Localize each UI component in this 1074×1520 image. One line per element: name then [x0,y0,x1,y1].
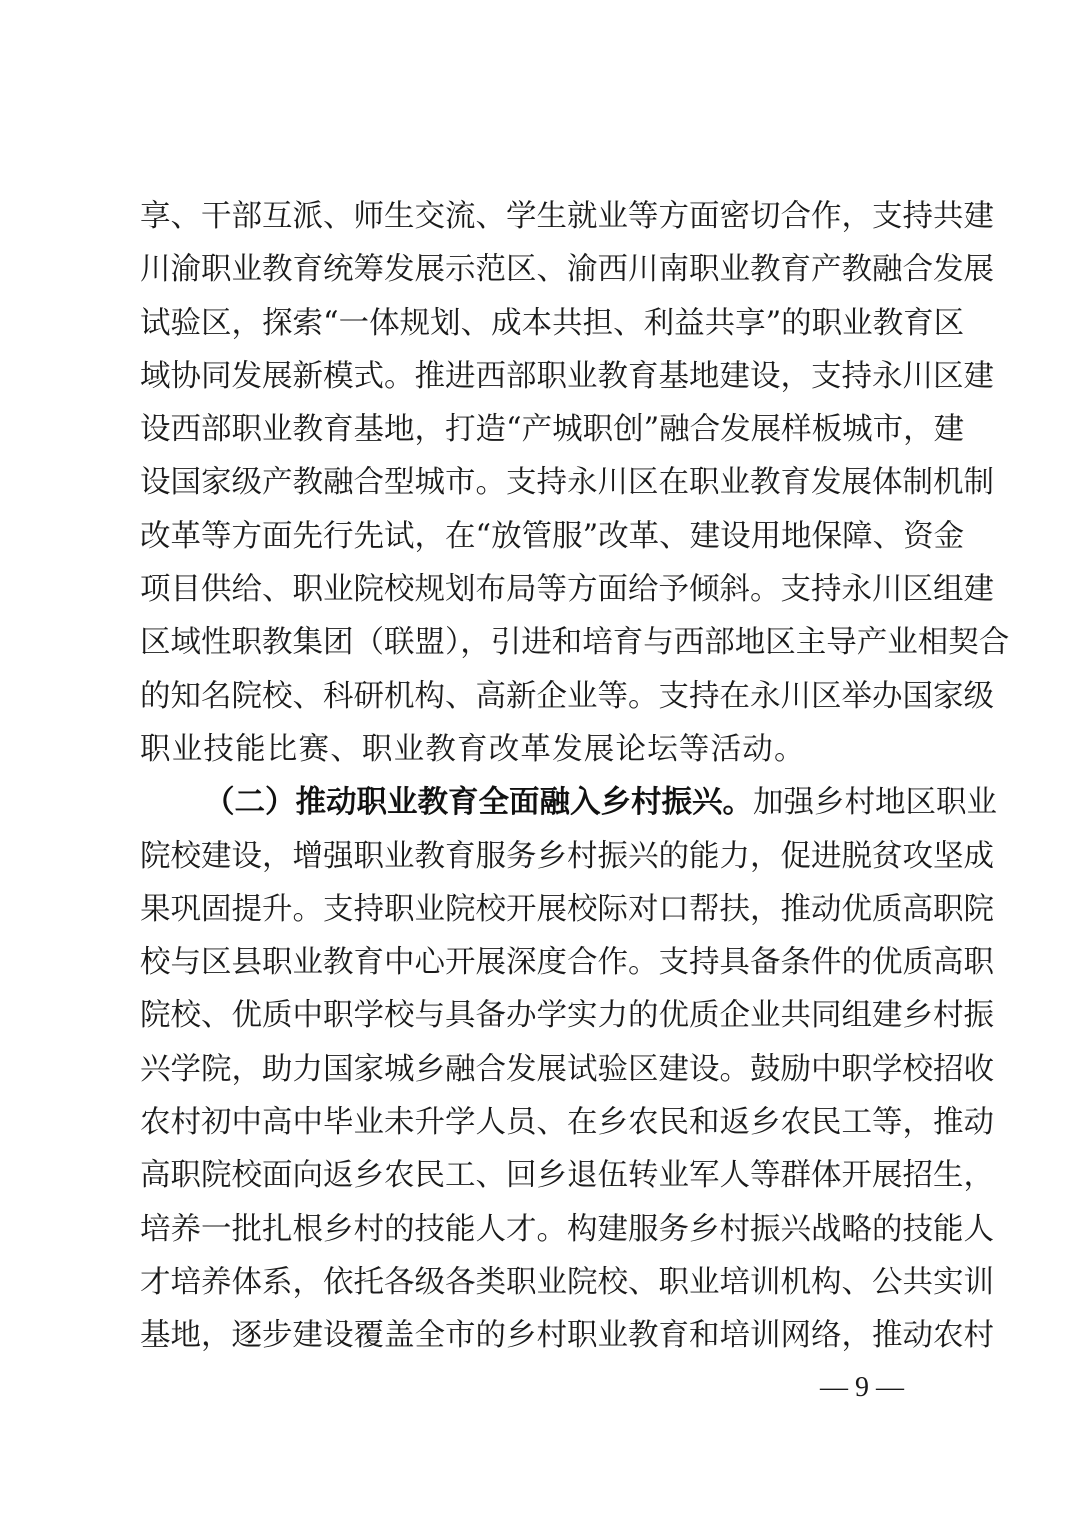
section-text: 加强乡村地区职业 [753,785,997,820]
page-number: — 9 — [812,1372,912,1404]
paragraph-line: 的知名院校、科研机构、高新企业等。支持在永川区举办国家级 [140,670,938,723]
paragraph-line: 才培养体系，依托各级各类职业院校、职业培训机构、公共实训 [140,1256,938,1309]
paragraph-line: 果巩固提升。支持职业院校开展校际对口帮扶，推动优质高职院 [140,883,938,936]
paragraph-line: 基地，逐步建设覆盖全市的乡村职业教育和培训网络，推动农村 [140,1309,938,1362]
paragraph-line: 高职院校面向返乡农民工、回乡退伍转业军人等群体开展招生， [140,1149,938,1202]
section-heading-line: （二）推动职业教育全面融入乡村振兴。加强乡村地区职业 [140,776,938,829]
paragraph-line: 项目供给、职业院校规划布局等方面给予倾斜。支持永川区组建 [140,563,938,616]
paragraph-line: 校与区县职业教育中心开展深度合作。支持具备条件的优质高职 [140,936,938,989]
paragraph-line: 培养一批扎根乡村的技能人才。构建服务乡村振兴战略的技能人 [140,1203,938,1256]
paragraph-line: 试验区，探索“一体规划、成本共担、利益共享”的职业教育区 [140,297,938,350]
paragraph-line: 享、干部互派、师生交流、学生就业等方面密切合作，支持共建 [140,190,938,243]
paragraph-line: 设国家级产教融合型城市。支持永川区在职业教育发展体制机制 [140,456,938,509]
section-heading: （二）推动职业教育全面融入乡村振兴。 [204,785,753,820]
paragraph-line: 域协同发展新模式。推进西部职业教育基地建设，支持永川区建 [140,350,938,403]
paragraph-line: 农村初中高中毕业未升学人员、在乡农民和返乡农民工等，推动 [140,1096,938,1149]
paragraph-line: 改革等方面先行先试，在“放管服”改革、建设用地保障、资金 [140,510,938,563]
paragraph-line: 兴学院，助力国家城乡融合发展试验区建设。鼓励中职学校招收 [140,1043,938,1096]
paragraph-line: 川渝职业教育统筹发展示范区、渝西川南职业教育产教融合发展 [140,243,938,296]
paragraph-line: 设西部职业教育基地，打造“产城职创”融合发展样板城市，建 [140,403,938,456]
paragraph-line: 院校建设，增强职业教育服务乡村振兴的能力，促进脱贫攻坚成 [140,830,938,883]
paragraph-line: 职业技能比赛、职业教育改革发展论坛等活动。 [140,723,938,776]
body-text: 享、干部互派、师生交流、学生就业等方面密切合作，支持共建 川渝职业教育统筹发展示… [140,190,938,1363]
document-page: 享、干部互派、师生交流、学生就业等方面密切合作，支持共建 川渝职业教育统筹发展示… [0,0,1074,1520]
paragraph-line: 院校、优质中职学校与具备办学实力的优质企业共同组建乡村振 [140,989,938,1042]
paragraph-line: 区域性职教集团（联盟），引进和培育与西部地区主导产业相契合 [140,616,938,669]
